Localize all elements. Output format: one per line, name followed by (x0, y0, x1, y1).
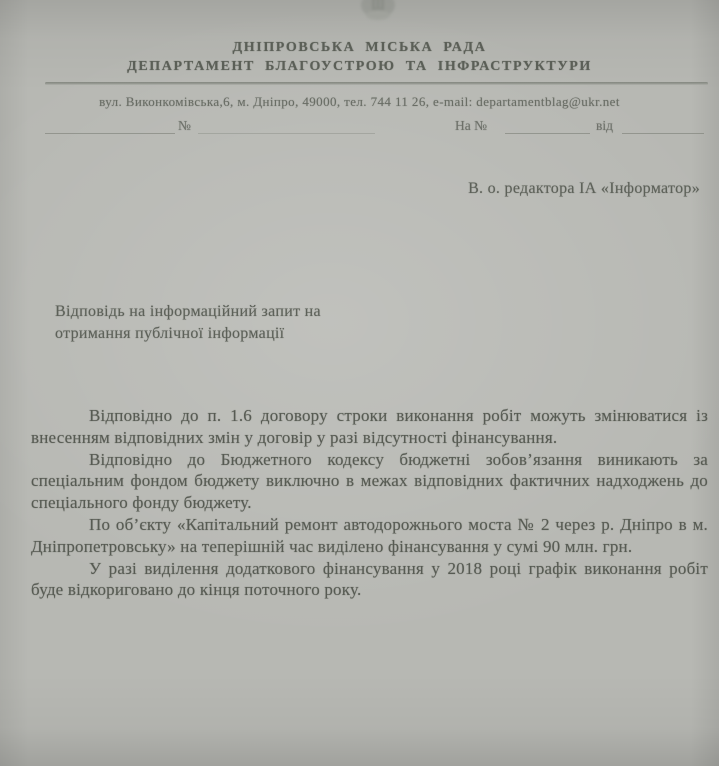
scanned-letter: ДНІПРОВСЬКА МІСЬКА РАДА ДЕПАРТАМЕНТ БЛАГ… (0, 0, 719, 766)
addressee-line: В. о. редактора ІА «Інформатор» (468, 180, 700, 198)
body-paragraph: У разі виділення додаткового фінансуванн… (31, 558, 708, 602)
outgoing-number-blank (198, 118, 375, 134)
org-address-line: вул. Виконкомівська,6, м. Дніпро, 49000,… (0, 94, 719, 110)
org-name-line1: ДНІПРОВСЬКА МІСЬКА РАДА (0, 40, 719, 56)
coat-of-arms-icon (352, 0, 404, 27)
reply-from-date-blank (622, 118, 704, 134)
letterhead-divider (45, 82, 708, 85)
outgoing-date-blank (45, 118, 175, 134)
outgoing-number-label: № (178, 118, 191, 134)
body-paragraph: Відповідно до п. 1.6 договору строки вик… (31, 405, 708, 449)
reply-to-number-blank (505, 118, 590, 134)
subject-block: Відповідь на інформаційний запит на отри… (55, 301, 415, 345)
reply-to-number-label: На № (455, 118, 487, 134)
body-paragraph: По об’єкту «Капітальний ремонт автодорож… (31, 514, 708, 558)
org-name-line2: ДЕПАРТАМЕНТ БЛАГОУСТРОЮ ТА ІНФРАСТРУКТУР… (0, 59, 719, 75)
reply-from-date-label: від (596, 118, 613, 134)
subject-line1: Відповідь на інформаційний запит на (55, 301, 415, 323)
letter-body: Відповідно до п. 1.6 договору строки вик… (31, 405, 708, 601)
body-paragraph: Відповідно до Бюджетного кодексу бюджетн… (31, 449, 708, 514)
subject-line2: отримання публічної інформації (55, 323, 415, 345)
